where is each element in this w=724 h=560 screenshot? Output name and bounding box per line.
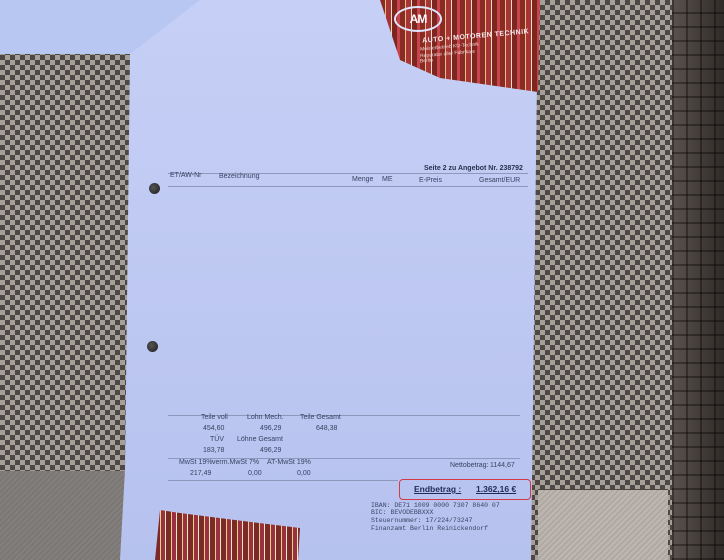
tax-label: MwSt 19% [179,459,212,466]
tax-value: 0,00 [297,470,311,477]
summary-rule [168,480,398,481]
tax-value: 0,00 [248,470,262,477]
net-label: Nettobetrag: [450,462,489,469]
column-header: E-Preis [419,177,442,184]
summary-label: Teile voll [201,414,228,421]
tax-label: AT-MwSt 19% [267,459,311,466]
punch-hole [147,341,158,352]
seat-fabric-lower-left [0,471,125,560]
summary-value: 496,29 [260,447,281,454]
column-header: Bezeichnung [219,173,259,180]
tax-office: Finanzamt Berlin Reinickendorf [371,525,488,532]
tagline-line: Berlin [420,57,433,64]
tax-number: Steuernummer: 17/224/73247 [371,517,472,524]
iban: IBAN: DE71 1009 0000 7307 8640 07 [371,502,500,509]
summary-value: 648,38 [316,425,337,432]
summary-value: 454,60 [203,425,224,432]
column-header: ME [382,176,393,183]
summary-label: Lohn Mech. [247,414,284,421]
total-label: Endbetrag : [414,484,461,494]
header-rule [168,186,528,187]
seat-fabric-lower-right [538,489,668,560]
summary-label: Löhne Gesamt [237,436,283,443]
summary-label: Teile Gesamt [300,414,341,421]
column-header: Menge [352,176,373,183]
summary-label: TÜV [210,436,224,443]
summary-value: 496,29 [260,425,281,432]
column-header: Gesamt/EUR [479,177,520,184]
net-value: 1144,67 [490,462,515,469]
dark-seat-side [672,0,724,560]
total-value: 1.362,16 € [476,484,516,494]
tax-value: 217,49 [190,470,211,477]
summary-value: 183,78 [203,447,224,454]
tax-label: verm.MwSt 7% [212,459,259,466]
column-header: ET/AW-Nr [170,172,202,179]
bic: BIC: BEVODEBBXXX [371,509,433,516]
punch-hole [149,183,160,194]
page-reference: Seite 2 zu Angebot Nr. 238792 [424,165,523,172]
company-logo: AM [394,6,442,32]
